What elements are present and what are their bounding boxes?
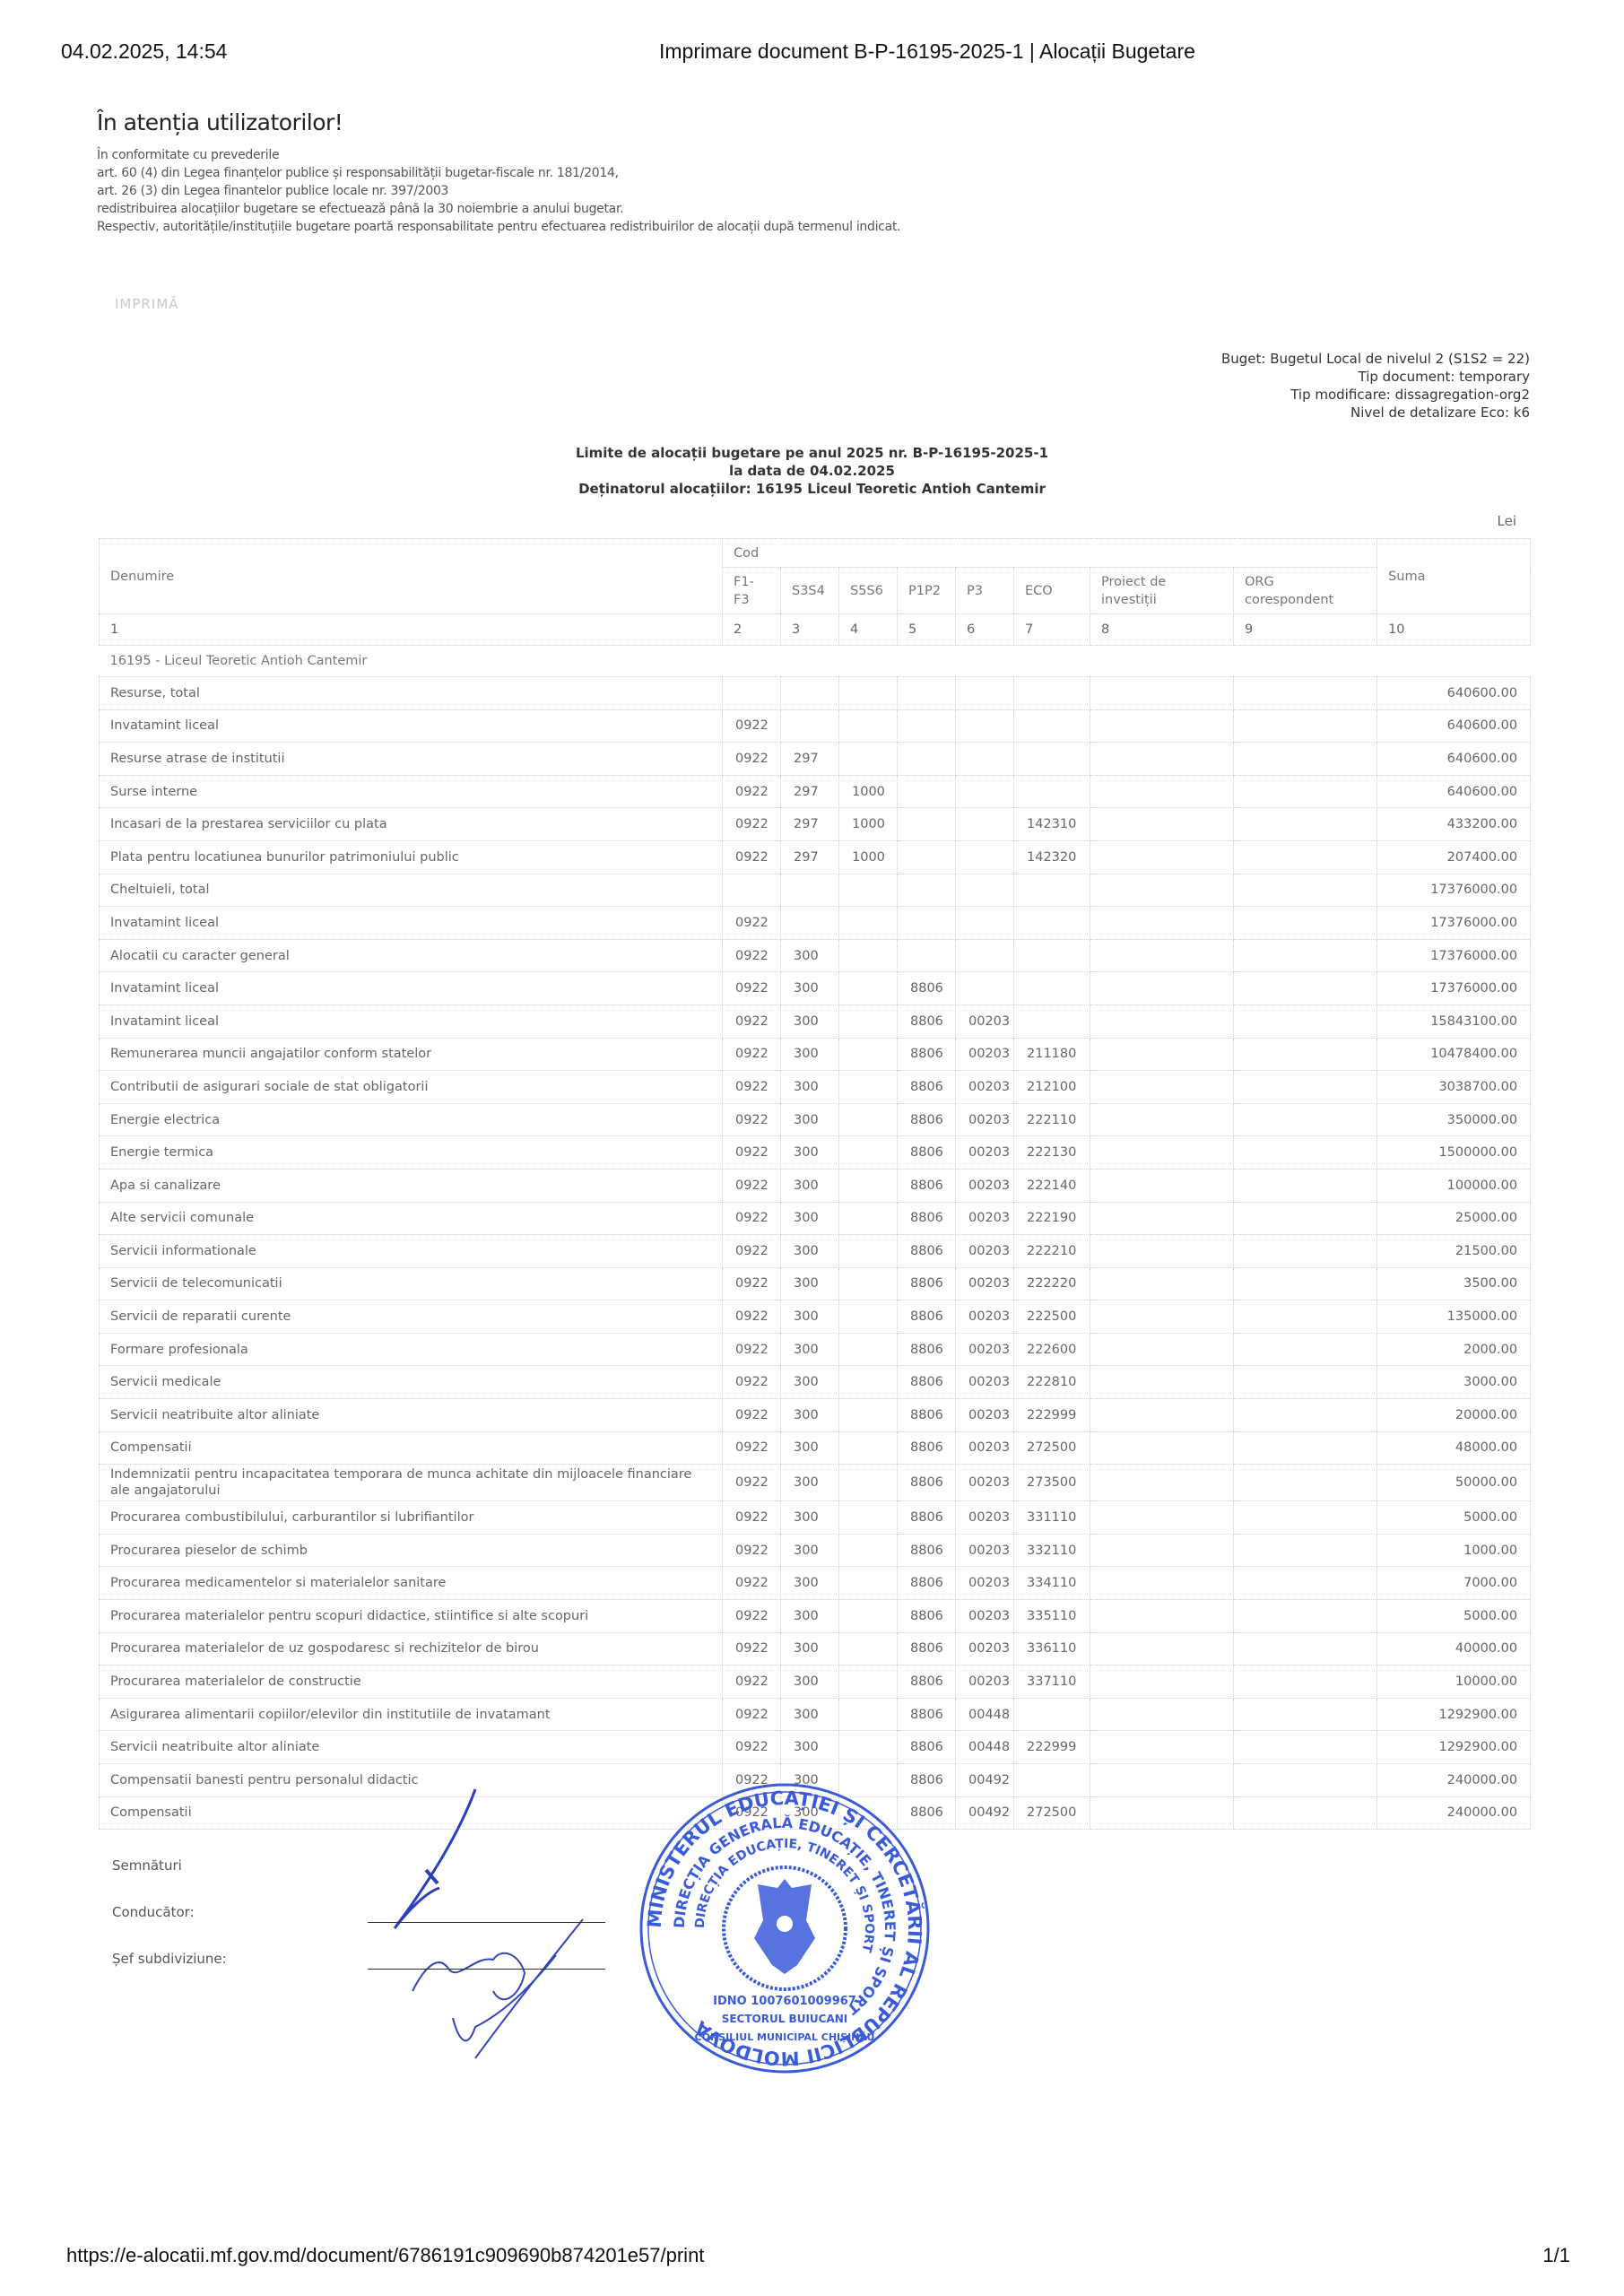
cell-org [1234,1038,1377,1071]
cell-eco: 272500 [1014,1796,1090,1830]
cell-denumire: Cheltuieli, total [100,874,723,907]
cell-p3: 00203 [956,1038,1014,1071]
table-row: Incasari de la prestarea serviciilor cu … [100,808,1531,841]
cell-eco: 273500 [1014,1465,1090,1501]
print-header: 04.02.2025, 14:54 Imprimare document B-P… [0,39,1624,66]
cell-suma: 100000.00 [1377,1169,1531,1202]
cell-org [1234,1399,1377,1432]
cell-f1f3: 0922 [723,1169,781,1202]
cell-p3: 00203 [956,1399,1014,1432]
cell-suma: 20000.00 [1377,1399,1531,1432]
cell-p3: 00203 [956,1004,1014,1038]
cell-p1p2 [898,677,956,710]
cell-eco: 142310 [1014,808,1090,841]
cell-s5s6: 1000 [839,840,898,874]
cell-denumire: Contributii de asigurari sociale de stat… [100,1071,723,1104]
cell-s5s6 [839,1501,898,1535]
cell-eco [1014,677,1090,710]
header-p3: P3 [956,568,1014,614]
cell-proiect [1090,677,1234,710]
column-number: 8 [1090,614,1234,646]
cell-s5s6 [839,1169,898,1202]
cell-p1p2: 8806 [898,1004,956,1038]
table-row: Indemnizatii pentru incapacitatea tempor… [100,1465,1531,1501]
table-row: Invatamint liceal0922300880617376000.00 [100,972,1531,1005]
cell-p1p2: 8806 [898,1169,956,1202]
notice-line: În conformitate cu prevederile [97,146,1047,164]
header-f1f3: F1-F3 [723,568,781,614]
cell-s5s6 [839,1698,898,1731]
cell-p1p2 [898,939,956,972]
cell-s5s6 [839,1038,898,1071]
cell-s3s4: 300 [781,1333,839,1366]
cell-f1f3: 0922 [723,1235,781,1268]
cell-p3 [956,677,1014,710]
cell-org [1234,1169,1377,1202]
org-title: 16195 - Liceul Teoretic Antioh Cantemir [100,646,1531,677]
cell-suma: 135000.00 [1377,1300,1531,1334]
user-notice: În atenția utilizatorilor! În conformita… [97,109,1047,236]
cell-s3s4: 300 [781,1267,839,1300]
cell-proiect [1090,1038,1234,1071]
cell-denumire: Incasari de la prestarea serviciilor cu … [100,808,723,841]
cell-proiect [1090,1501,1234,1535]
cell-p3: 00203 [956,1366,1014,1399]
cell-s3s4 [781,709,839,743]
header-p1p2: P1P2 [898,568,956,614]
cell-p3: 00203 [956,1267,1014,1300]
cell-f1f3: 0922 [723,1431,781,1465]
cell-eco: 222130 [1014,1136,1090,1170]
cell-f1f3: 0922 [723,907,781,940]
cell-s3s4: 300 [781,1103,839,1136]
column-number: 6 [956,614,1014,646]
document-holder-line: Deținatorul alocațiilor: 16195 Liceul Te… [0,480,1624,498]
cell-p1p2 [898,775,956,808]
cell-eco [1014,1004,1090,1038]
cell-eco: 332110 [1014,1534,1090,1567]
column-numbers-row: 1 2 3 4 5 6 7 8 9 10 [100,614,1531,646]
cell-eco [1014,709,1090,743]
cell-proiect [1090,1333,1234,1366]
cell-s3s4: 300 [781,1501,839,1535]
meta-nivel-detalizare: Nivel de detalizare Eco: k6 [1221,404,1530,422]
cell-p1p2: 8806 [898,1600,956,1633]
cell-eco [1014,939,1090,972]
header-denumire: Denumire [100,539,723,614]
table-row: Procurarea materialelor de uz gospodares… [100,1632,1531,1665]
cell-s5s6 [839,1136,898,1170]
column-number: 3 [781,614,839,646]
cell-p1p2: 8806 [898,1665,956,1699]
table-row: Alte servicii comunale092230088060020322… [100,1202,1531,1235]
cell-f1f3: 0922 [723,1300,781,1334]
cell-suma: 3000.00 [1377,1366,1531,1399]
cell-s5s6 [839,1235,898,1268]
cell-denumire: Procurarea materialelor pentru scopuri d… [100,1600,723,1633]
cell-s5s6 [839,1366,898,1399]
cell-f1f3: 0922 [723,1103,781,1136]
cell-suma: 50000.00 [1377,1465,1531,1501]
cell-eco: 222220 [1014,1267,1090,1300]
cell-denumire: Invatamint liceal [100,972,723,1005]
cell-org [1234,1665,1377,1699]
cell-f1f3: 0922 [723,1136,781,1170]
official-stamp: MINISTERUL EDUCAȚIEI ȘI CERCETĂRII AL RE… [637,1780,933,2076]
cell-org [1234,1071,1377,1104]
cell-proiect [1090,874,1234,907]
notice-line: redistribuirea alocațiilor bugetare se e… [97,200,1047,218]
cell-eco [1014,743,1090,776]
cell-p3: 00448 [956,1698,1014,1731]
cell-suma: 2000.00 [1377,1333,1531,1366]
cell-f1f3: 0922 [723,1038,781,1071]
table-row: Servicii medicale09223008806002032228103… [100,1366,1531,1399]
cell-f1f3: 0922 [723,1600,781,1633]
cell-p1p2: 8806 [898,1103,956,1136]
cell-p3: 00203 [956,1202,1014,1235]
cell-eco [1014,972,1090,1005]
cell-s3s4: 297 [781,840,839,874]
cell-denumire: Indemnizatii pentru incapacitatea tempor… [100,1465,723,1501]
header-proiect: Proiect de investiții [1090,568,1234,614]
cell-p3 [956,709,1014,743]
table-row: Procurarea pieselor de schimb09223008806… [100,1534,1531,1567]
cell-suma: 5000.00 [1377,1501,1531,1535]
cell-f1f3: 0922 [723,1366,781,1399]
table-row: Servicii de telecomunicatii0922300880600… [100,1267,1531,1300]
cell-proiect [1090,1202,1234,1235]
cell-suma: 17376000.00 [1377,907,1531,940]
cell-suma: 17376000.00 [1377,972,1531,1005]
cell-suma: 15843100.00 [1377,1004,1531,1038]
cell-denumire: Procurarea combustibilului, carburantilo… [100,1501,723,1535]
cell-org [1234,775,1377,808]
cell-eco: 222999 [1014,1731,1090,1764]
cell-eco: 222190 [1014,1202,1090,1235]
cell-p3: 00448 [956,1731,1014,1764]
cell-suma: 21500.00 [1377,1235,1531,1268]
notice-line: Respectiv, autoritățile/instituțiile bug… [97,218,1047,236]
column-number: 7 [1014,614,1090,646]
cell-f1f3: 0922 [723,775,781,808]
cell-org [1234,1267,1377,1300]
cell-s5s6 [839,972,898,1005]
cell-p3 [956,907,1014,940]
cell-s3s4: 300 [781,1202,839,1235]
table-row: Procurarea combustibilului, carburantilo… [100,1501,1531,1535]
cell-s5s6 [839,1632,898,1665]
print-datetime: 04.02.2025, 14:54 [61,39,227,64]
cell-org [1234,874,1377,907]
column-number: 4 [839,614,898,646]
cell-denumire: Surse interne [100,775,723,808]
cell-p3 [956,840,1014,874]
cell-eco: 222110 [1014,1103,1090,1136]
cell-eco: 222140 [1014,1169,1090,1202]
cell-proiect [1090,1004,1234,1038]
cell-f1f3: 0922 [723,1004,781,1038]
cell-p1p2: 8806 [898,972,956,1005]
cell-s3s4: 300 [781,1698,839,1731]
cell-s3s4: 297 [781,775,839,808]
cell-eco: 142320 [1014,840,1090,874]
cell-p1p2: 8806 [898,1501,956,1535]
table-row: Servicii neatribuite altor aliniate09223… [100,1731,1531,1764]
budget-rows: Resurse, total640600.00Invatamint liceal… [100,677,1531,1830]
cell-org [1234,1004,1377,1038]
cell-org [1234,1698,1377,1731]
cell-proiect [1090,1600,1234,1633]
cell-p1p2: 8806 [898,1534,956,1567]
cell-s5s6: 1000 [839,808,898,841]
cell-p1p2: 8806 [898,1300,956,1334]
document-title-line: Limite de alocații bugetare pe anul 2025… [0,444,1624,462]
table-row: Compensatii092230088060020327250048000.0… [100,1431,1531,1465]
cell-s3s4: 300 [781,1136,839,1170]
cell-p1p2 [898,808,956,841]
cell-suma: 1292900.00 [1377,1731,1531,1764]
cell-denumire: Formare profesionala [100,1333,723,1366]
table-row: Formare profesionala09223008806002032226… [100,1333,1531,1366]
cell-proiect [1090,1534,1234,1567]
cell-proiect [1090,840,1234,874]
cell-p3: 00203 [956,1300,1014,1334]
column-number: 2 [723,614,781,646]
cell-s5s6 [839,1731,898,1764]
page-number: 1/1 [1542,2244,1570,2267]
cell-s5s6 [839,1465,898,1501]
cell-s5s6 [839,1534,898,1567]
cell-suma: 640600.00 [1377,709,1531,743]
coat-of-arms-icon [754,1879,815,1974]
cell-p1p2: 8806 [898,1071,956,1104]
table-row: Remunerarea muncii angajatilor conform s… [100,1038,1531,1071]
cell-p1p2: 8806 [898,1202,956,1235]
cell-f1f3: 0922 [723,1632,781,1665]
cell-proiect [1090,1366,1234,1399]
cell-p1p2: 8806 [898,1698,956,1731]
cell-denumire: Servicii de telecomunicatii [100,1267,723,1300]
cell-org [1234,677,1377,710]
cell-suma: 640600.00 [1377,743,1531,776]
cell-p3 [956,743,1014,776]
cell-p3 [956,808,1014,841]
table-row: Invatamint liceal09223008806002031584310… [100,1004,1531,1038]
document-meta: Buget: Bugetul Local de nivelul 2 (S1S2 … [1221,350,1530,422]
cell-s5s6 [839,1431,898,1465]
cell-p1p2: 8806 [898,1038,956,1071]
cell-proiect [1090,1300,1234,1334]
cell-proiect [1090,1071,1234,1104]
cell-p3: 00203 [956,1567,1014,1600]
cell-f1f3: 0922 [723,1665,781,1699]
meta-buget: Buget: Bugetul Local de nivelul 2 (S1S2 … [1221,350,1530,368]
cell-p3: 00492 [956,1796,1014,1830]
header-s5s6: S5S6 [839,568,898,614]
cell-denumire: Procurarea materialelor de constructie [100,1665,723,1699]
cell-proiect [1090,939,1234,972]
cell-p3 [956,972,1014,1005]
cell-p3: 00203 [956,1235,1014,1268]
table-row: Invatamint liceal0922640600.00 [100,709,1531,743]
cell-proiect [1090,1796,1234,1830]
table-row: Alocatii cu caracter general092230017376… [100,939,1531,972]
cell-proiect [1090,907,1234,940]
table-row: Procurarea medicamentelor si materialelo… [100,1567,1531,1600]
cell-f1f3 [723,874,781,907]
cell-f1f3: 0922 [723,808,781,841]
sef-subdiviziune-label: Șef subdiviziune: [112,1950,227,1996]
cell-s3s4: 300 [781,939,839,972]
cell-org [1234,1333,1377,1366]
table-row: Contributii de asigurari sociale de stat… [100,1071,1531,1104]
cell-proiect [1090,775,1234,808]
cell-org [1234,709,1377,743]
currency-label: Lei [1498,513,1517,529]
cell-p3: 00203 [956,1465,1014,1501]
cell-eco: 336110 [1014,1632,1090,1665]
cell-p3: 00203 [956,1136,1014,1170]
cell-p3: 00203 [956,1431,1014,1465]
cell-p1p2 [898,840,956,874]
cell-suma: 10000.00 [1377,1665,1531,1699]
table-row: Energie electrica09223008806002032221103… [100,1103,1531,1136]
cell-s3s4: 297 [781,743,839,776]
cell-eco [1014,1698,1090,1731]
cell-org [1234,1235,1377,1268]
cell-denumire: Servicii neatribuite altor aliniate [100,1399,723,1432]
cell-f1f3: 0922 [723,1333,781,1366]
cell-suma: 350000.00 [1377,1103,1531,1136]
cell-denumire: Remunerarea muncii angajatilor conform s… [100,1038,723,1071]
header-eco: ECO [1014,568,1090,614]
cell-f1f3: 0922 [723,1465,781,1501]
cell-proiect [1090,1567,1234,1600]
cell-s3s4: 300 [781,1071,839,1104]
cell-s5s6 [839,1267,898,1300]
cell-p1p2: 8806 [898,1366,956,1399]
cell-denumire: Servicii neatribuite altor aliniate [100,1731,723,1764]
cell-s3s4: 300 [781,1431,839,1465]
table-row: Apa si canalizare09223008806002032221401… [100,1169,1531,1202]
cell-suma: 40000.00 [1377,1632,1531,1665]
cell-s5s6 [839,1300,898,1334]
cell-f1f3: 0922 [723,743,781,776]
cell-s3s4 [781,874,839,907]
cell-p3: 00203 [956,1600,1014,1633]
cell-proiect [1090,1431,1234,1465]
cell-proiect [1090,1169,1234,1202]
cell-suma: 5000.00 [1377,1600,1531,1633]
cell-proiect [1090,1665,1234,1699]
table-row: Servicii de reparatii curente09223008806… [100,1300,1531,1334]
cell-s5s6 [839,1567,898,1600]
cell-denumire: Invatamint liceal [100,1004,723,1038]
cell-s3s4: 300 [781,1600,839,1633]
cell-p1p2 [898,743,956,776]
cell-p3 [956,939,1014,972]
cell-eco: 222810 [1014,1366,1090,1399]
cell-s5s6: 1000 [839,775,898,808]
table-row: Servicii informationale09223008806002032… [100,1235,1531,1268]
column-number: 9 [1234,614,1377,646]
cell-eco: 212100 [1014,1071,1090,1104]
cell-suma: 17376000.00 [1377,874,1531,907]
cell-org [1234,808,1377,841]
cell-proiect [1090,1465,1234,1501]
stamp-sector: SECTORUL BUIUCANI [722,2013,848,2025]
cell-suma: 640600.00 [1377,775,1531,808]
notice-line: art. 60 (4) din Legea finanțelor publice… [97,164,1047,182]
cell-f1f3 [723,677,781,710]
cell-s5s6 [839,1071,898,1104]
org-title-row: 16195 - Liceul Teoretic Antioh Cantemir [100,646,1531,677]
notice-heading: În atenția utilizatorilor! [97,109,1047,135]
cell-eco: 211180 [1014,1038,1090,1071]
cell-p3: 00203 [956,1103,1014,1136]
table-row: Procurarea materialelor de constructie09… [100,1665,1531,1699]
cell-p3: 00203 [956,1333,1014,1366]
cell-eco: 337110 [1014,1665,1090,1699]
cell-denumire: Procurarea medicamentelor si materialelo… [100,1567,723,1600]
notice-line: art. 26 (3) din Legea finantelor publice… [97,182,1047,200]
cell-p1p2: 8806 [898,1399,956,1432]
cell-org [1234,1731,1377,1764]
cell-p1p2: 8806 [898,1267,956,1300]
cell-eco: 335110 [1014,1600,1090,1633]
cell-org [1234,1534,1377,1567]
cell-p3: 00203 [956,1534,1014,1567]
cell-f1f3: 0922 [723,939,781,972]
conducator-signature-line [368,1922,605,1923]
cell-p1p2: 8806 [898,1235,956,1268]
document-title: Limite de alocații bugetare pe anul 2025… [0,444,1624,498]
table-row: Resurse atrase de institutii092229764060… [100,743,1531,776]
table-row: Servicii neatribuite altor aliniate09223… [100,1399,1531,1432]
signatures-block: Semnături Conducător: Șef subdiviziune: [112,1857,227,1996]
column-number: 5 [898,614,956,646]
cell-suma: 240000.00 [1377,1764,1531,1797]
cell-s3s4: 300 [781,1534,839,1567]
cell-s5s6 [839,1333,898,1366]
cell-p1p2: 8806 [898,1431,956,1465]
cell-proiect [1090,1267,1234,1300]
cell-f1f3: 0922 [723,1567,781,1600]
cell-p1p2 [898,709,956,743]
cell-p1p2: 8806 [898,1333,956,1366]
meta-tip-document: Tip document: temporary [1221,368,1530,386]
budget-table: Denumire Cod Suma F1-F3 S3S4 S5S6 P1P2 P… [99,538,1531,1830]
cell-denumire: Apa si canalizare [100,1169,723,1202]
cell-org [1234,1366,1377,1399]
cell-f1f3: 0922 [723,1731,781,1764]
cell-eco: 331110 [1014,1501,1090,1535]
cell-s3s4: 300 [781,1632,839,1665]
cell-suma: 25000.00 [1377,1202,1531,1235]
cell-s3s4: 300 [781,972,839,1005]
cell-proiect [1090,1731,1234,1764]
cell-p3: 00203 [956,1169,1014,1202]
cell-s5s6 [839,677,898,710]
cell-suma: 640600.00 [1377,677,1531,710]
cell-proiect [1090,743,1234,776]
print-button[interactable]: IMPRIMĂ [115,296,178,312]
cell-s3s4 [781,907,839,940]
cell-denumire: Plata pentru locatiunea bunurilor patrim… [100,840,723,874]
table-row: Plata pentru locatiunea bunurilor patrim… [100,840,1531,874]
cell-s3s4: 300 [781,1731,839,1764]
